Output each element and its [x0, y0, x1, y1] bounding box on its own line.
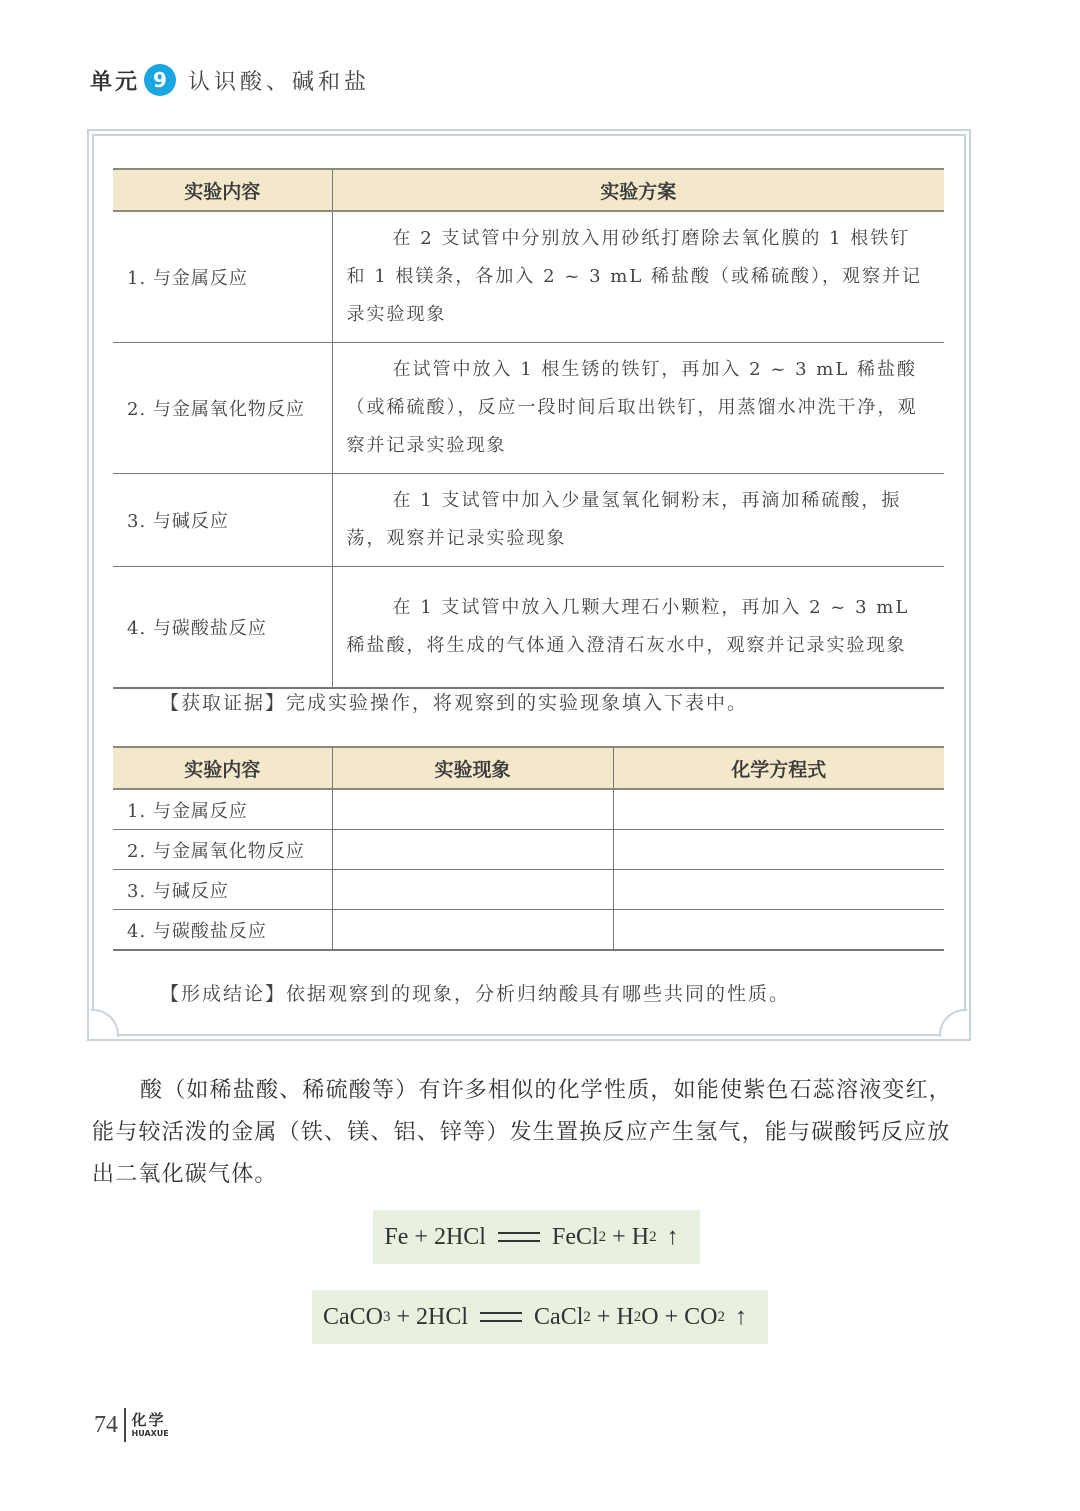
footer-divider [124, 1408, 126, 1442]
item-cell: 1. 与金属反应 [113, 211, 332, 343]
plan-text: 在 2 支试管中分别放入用砂纸打磨除去氧化膜的 1 根铁钉和 1 根镁条，各加入… [347, 228, 923, 325]
equals-sign-icon [498, 1232, 540, 1242]
gas-arrow-up-icon: ↑ [735, 1304, 747, 1331]
header-experiment-content: 实验内容 [113, 169, 332, 211]
phenomenon-cell[interactable] [332, 910, 613, 951]
subscript: 2 [649, 1229, 657, 1246]
equation-cell[interactable] [613, 910, 944, 951]
body-paragraph: 酸（如稀盐酸、稀硫酸等）有许多相似的化学性质，如能使紫色石蕊溶液变红，能与较活泼… [92, 1070, 972, 1196]
unit-label: 单元 [90, 65, 140, 96]
observation-record-table: 实验内容 实验现象 化学方程式 1. 与金属反应 2. 与金属氧化物反应 3. … [113, 746, 944, 951]
product: H [616, 1304, 633, 1331]
conclusion-instruction: 【形成结论】依据观察到的现象，分析归纳酸具有哪些共同的性质。 [160, 979, 790, 1006]
subject-en: HUAXUE [132, 1430, 169, 1438]
product: CO [684, 1304, 717, 1331]
header-phenomenon: 实验现象 [332, 747, 613, 789]
plus-sign: + [612, 1224, 626, 1251]
reactant: CaCO [323, 1304, 383, 1331]
experiment-plan-table: 实验内容 实验方案 1. 与金属反应 在 2 支试管中分别放入用砂纸打磨除去氧化… [113, 168, 944, 689]
phenomenon-cell[interactable] [332, 870, 613, 910]
equation-cell[interactable] [613, 830, 944, 870]
table-row: 2. 与金属氧化物反应 [113, 830, 944, 870]
table-row: 4. 与碳酸盐反应 [113, 910, 944, 951]
phenomenon-cell[interactable] [332, 789, 613, 830]
equation-cell[interactable] [613, 789, 944, 830]
phenomenon-cell[interactable] [332, 830, 613, 870]
reactant: 2HCl [416, 1304, 468, 1331]
plan-text: 在 1 支试管中放入几颗大理石小颗粒，再加入 2 ~ 3 mL 稀盐酸，将生成的… [347, 597, 910, 656]
equation-iron-hcl: Fe + 2HCl FeCl2 + H2 ↑ [373, 1210, 700, 1264]
subject-logo: 化学 HUAXUE [132, 1413, 169, 1438]
plan-cell: 在 1 支试管中放入几颗大理石小颗粒，再加入 2 ~ 3 mL 稀盐酸，将生成的… [332, 567, 944, 688]
unit-title: 认识酸、碱和盐 [188, 65, 370, 96]
header-experiment-plan: 实验方案 [332, 169, 944, 211]
header-chemical-equation: 化学方程式 [613, 747, 944, 789]
gas-arrow-up-icon: ↑ [667, 1224, 679, 1251]
item-cell: 2. 与金属氧化物反应 [113, 830, 332, 870]
equals-sign-icon [480, 1312, 522, 1322]
subscript: 3 [383, 1309, 391, 1326]
evidence-instruction: 【获取证据】完成实验操作，将观察到的实验现象填入下表中。 [160, 688, 748, 715]
table-row: 2. 与金属氧化物反应 在试管中放入 1 根生锈的铁钉，再加入 2 ~ 3 mL… [113, 343, 944, 474]
table-row: 4. 与碳酸盐反应 在 1 支试管中放入几颗大理石小颗粒，再加入 2 ~ 3 m… [113, 567, 944, 688]
table-row: 1. 与金属反应 [113, 789, 944, 830]
reactant: Fe [384, 1224, 408, 1251]
subscript: 2 [599, 1229, 607, 1246]
plus-sign: + [396, 1304, 410, 1331]
item-cell: 3. 与碱反应 [113, 474, 332, 567]
reactant: 2HCl [434, 1224, 486, 1251]
page-footer: 74 化学 HUAXUE [94, 1408, 169, 1442]
equation-cell[interactable] [613, 870, 944, 910]
item-cell: 4. 与碳酸盐反应 [113, 910, 332, 951]
item-cell: 1. 与金属反应 [113, 789, 332, 830]
equation-caco3-hcl: CaCO3 + 2HCl CaCl2 + H2O + CO2 ↑ [312, 1290, 768, 1344]
item-cell: 4. 与碳酸盐反应 [113, 567, 332, 688]
product: CaCl [534, 1304, 583, 1331]
plan-cell: 在 2 支试管中分别放入用砂纸打磨除去氧化膜的 1 根铁钉和 1 根镁条，各加入… [332, 211, 944, 343]
subject-cn: 化学 [132, 1413, 169, 1428]
plan-cell: 在 1 支试管中加入少量氢氧化铜粉末，再滴加稀硫酸，振荡，观察并记录实验现象 [332, 474, 944, 567]
unit-number-badge: 9 [144, 64, 176, 96]
plan-text: 在 1 支试管中加入少量氢氧化铜粉末，再滴加稀硫酸，振荡，观察并记录实验现象 [347, 490, 902, 549]
subscript: 2 [583, 1309, 591, 1326]
unit-header: 单元 9 认识酸、碱和盐 [90, 60, 370, 100]
plus-sign: + [665, 1304, 679, 1331]
table-row: 3. 与碱反应 在 1 支试管中加入少量氢氧化铜粉末，再滴加稀硫酸，振荡，观察并… [113, 474, 944, 567]
subscript: 2 [718, 1309, 726, 1326]
item-cell: 3. 与碱反应 [113, 870, 332, 910]
table-row: 1. 与金属反应 在 2 支试管中分别放入用砂纸打磨除去氧化膜的 1 根铁钉和 … [113, 211, 944, 343]
plan-cell: 在试管中放入 1 根生锈的铁钉，再加入 2 ~ 3 mL 稀盐酸（或稀硫酸），反… [332, 343, 944, 474]
item-cell: 2. 与金属氧化物反应 [113, 343, 332, 474]
plus-sign: + [597, 1304, 611, 1331]
table-row: 3. 与碱反应 [113, 870, 944, 910]
plus-sign: + [414, 1224, 428, 1251]
product: O [641, 1304, 658, 1331]
product: H [632, 1224, 649, 1251]
header-experiment-content: 实验内容 [113, 747, 332, 789]
subscript: 2 [634, 1309, 642, 1326]
product: FeCl [552, 1224, 599, 1251]
corner-ornament-icon [939, 1009, 967, 1037]
page-number: 74 [94, 1412, 118, 1439]
plan-text: 在试管中放入 1 根生锈的铁钉，再加入 2 ~ 3 mL 稀盐酸（或稀硫酸），反… [347, 359, 918, 456]
corner-ornament-icon [91, 1009, 119, 1037]
